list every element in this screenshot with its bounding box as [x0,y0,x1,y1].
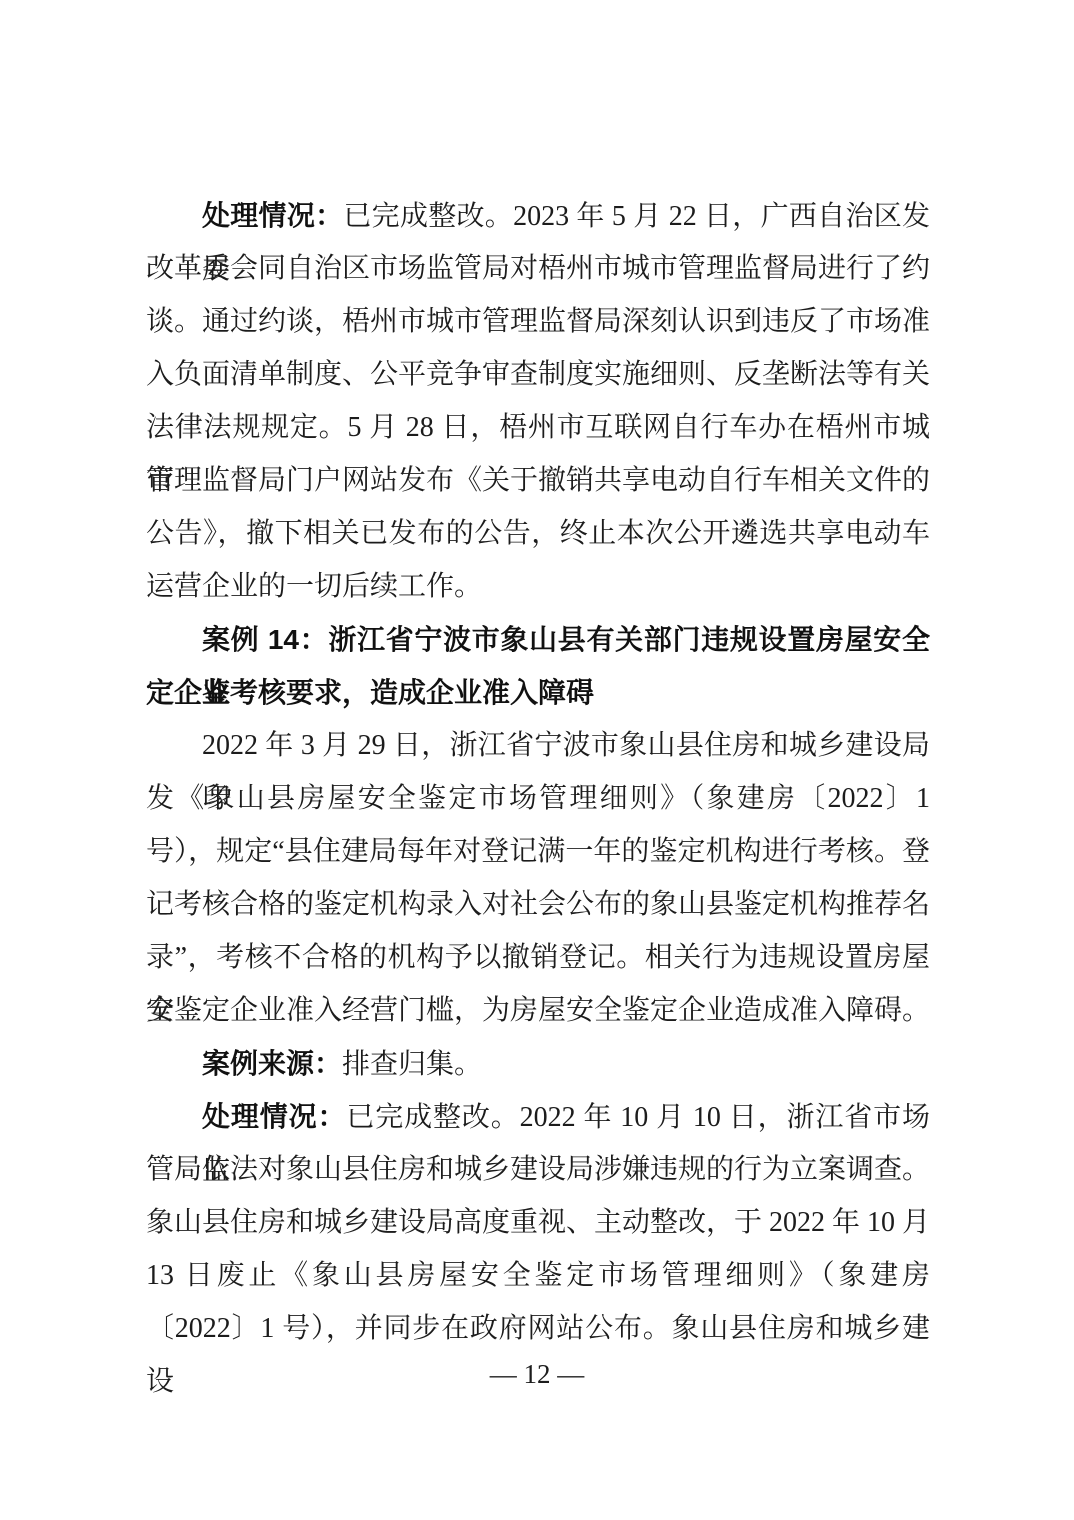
text-line: 全鉴定企业准入经营门槛，为房屋安全鉴定企业造成准入障碍。 [146,984,930,1037]
bold-run-label: 处理情况： [202,200,343,231]
text-line: 改革委会同自治区市场监管局对梧州市城市管理监督局进行了约 [146,242,930,295]
text-line: 管理监督局门户网站发布《关于撤销共享电动自行车相关文件的 [146,454,930,507]
case-heading-line: 定企业考核要求，造成企业准入障碍 [146,666,930,719]
bold-run-label: 案例来源： [202,1048,342,1079]
text-line: 入负面清单制度、公平竞争审查制度实施细则、反垄断法等有关 [146,348,930,401]
text-line: 处理情况：已完成整改。2022 年 10 月 10 日，浙江省市场监 [146,1090,930,1143]
text-run: 排查归集。 [342,1049,482,1080]
text-line: 象山县住房和城乡建设局高度重视、主动整改，于 2022 年 10 月 [146,1196,930,1249]
document-body: 处理情况：已完成整改。2023 年 5 月 22 日，广西自治区发展 改革委会同… [146,189,930,1355]
paragraph-case-source: 案例来源：排查归集。 [146,1037,930,1090]
text-line: 发《象山县房屋安全鉴定市场管理细则》（象建房〔2022〕1 [146,772,930,825]
text-line: 案例来源：排查归集。 [146,1037,930,1090]
text-line: 谈。通过约谈，梧州市城市管理监督局深刻认识到违反了市场准 [146,295,930,348]
text-line: 13 日废止《象山县房屋安全鉴定市场管理细则》（象建房 [146,1249,930,1302]
document-page: 处理情况：已完成整改。2023 年 5 月 22 日，广西自治区发展 改革委会同… [0,0,1074,1520]
text-line: 记考核合格的鉴定机构录入对社会公布的象山县鉴定机构推荐名 [146,878,930,931]
case-heading-line: 案例 14：浙江省宁波市象山县有关部门违规设置房屋安全鉴 [146,613,930,666]
text-line: 运营企业的一切后续工作。 [146,560,930,613]
paragraph-handling-1: 处理情况：已完成整改。2023 年 5 月 22 日，广西自治区发展 改革委会同… [146,189,930,613]
text-line: 号），规定“县住建局每年对登记满一年的鉴定机构进行考核。登 [146,825,930,878]
text-line: 〔2022〕1 号），并同步在政府网站公布。象山县住房和城乡建设 [146,1302,930,1355]
text-line: 法律法规规定。5 月 28 日，梧州市互联网自行车办在梧州市城市 [146,401,930,454]
page-number: — 12 — [0,1358,1074,1390]
paragraph-case-14-heading: 案例 14：浙江省宁波市象山县有关部门违规设置房屋安全鉴 定企业考核要求，造成企… [146,613,930,719]
text-line: 公告》，撤下相关已发布的公告，终止本次公开遴选共享电动车 [146,507,930,560]
paragraph-case-description: 2022 年 3 月 29 日，浙江省宁波市象山县住房和城乡建设局印 发《象山县… [146,719,930,1037]
bold-run-label: 处理情况： [202,1101,346,1132]
paragraph-handling-2: 处理情况：已完成整改。2022 年 10 月 10 日，浙江省市场监 管局依法对… [146,1090,930,1355]
text-line: 录”，考核不合格的机构予以撤销登记。相关行为违规设置房屋安 [146,931,930,984]
text-line: 管局依法对象山县住房和城乡建设局涉嫌违规的行为立案调查。 [146,1143,930,1196]
text-line: 2022 年 3 月 29 日，浙江省宁波市象山县住房和城乡建设局印 [146,719,930,772]
text-line: 处理情况：已完成整改。2023 年 5 月 22 日，广西自治区发展 [146,189,930,242]
